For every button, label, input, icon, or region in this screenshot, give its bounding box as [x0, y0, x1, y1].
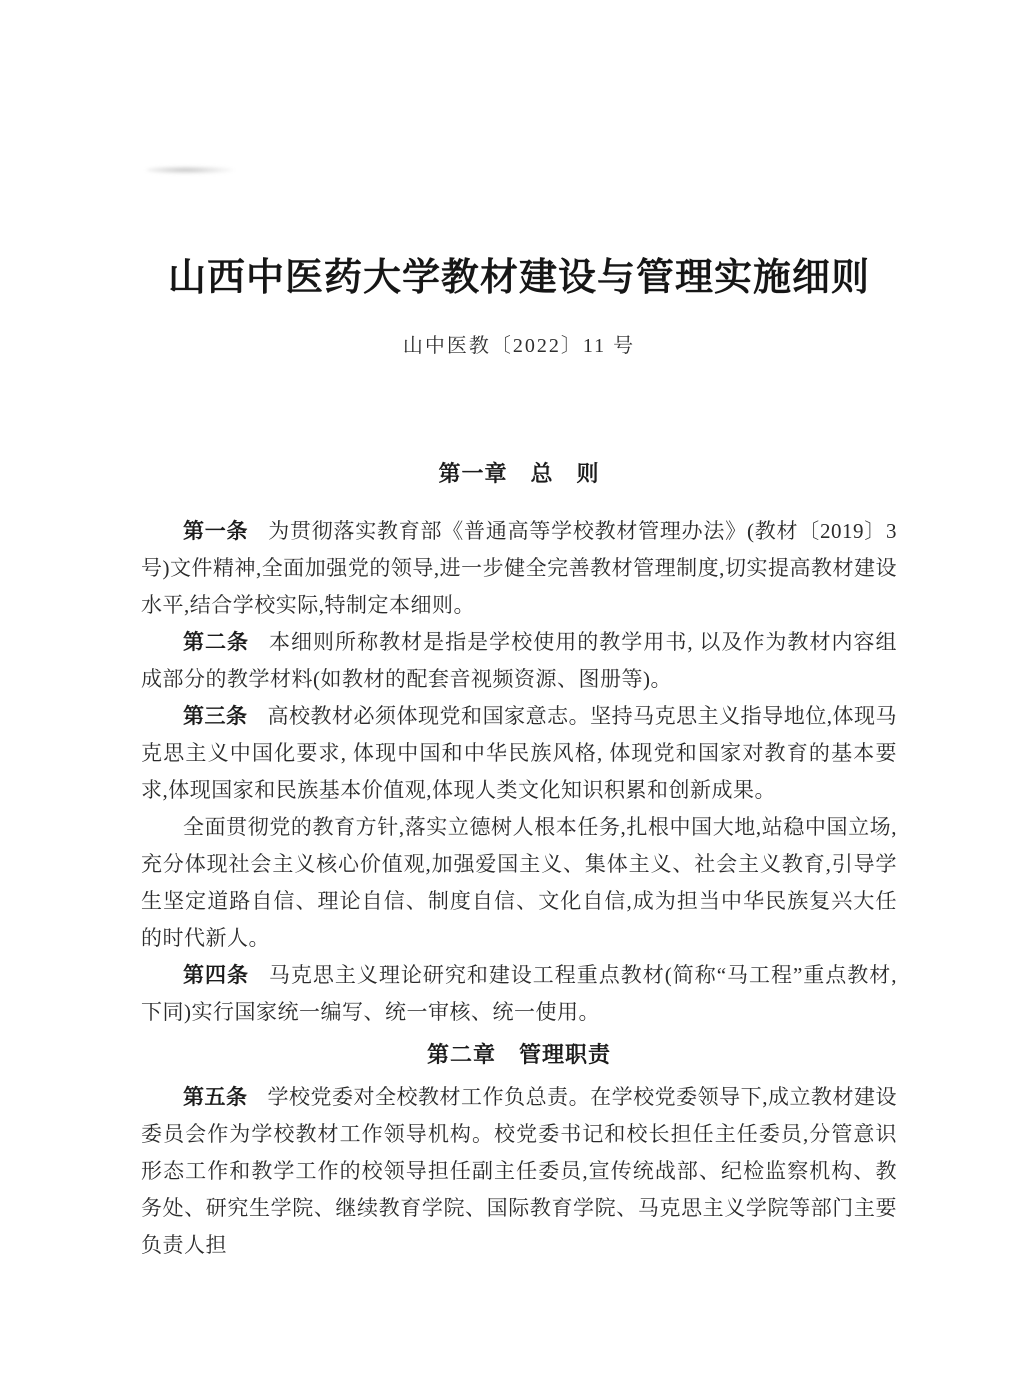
- article-3-continuation-paragraph: 全面贯彻党的教育方针,落实立德树人根本任务,扎根中国大地,站稳中国立场,充分体现…: [141, 809, 897, 957]
- article-2-paragraph: 第二条本细则所称教材是指是学校使用的教学用书, 以及作为教材内容组成部分的教学材…: [141, 624, 897, 698]
- article-5-label: 第五条: [183, 1086, 248, 1109]
- document-title: 山西中医药大学教材建设与管理实施细则: [141, 253, 897, 303]
- article-3-paragraph: 第三条高校教材必须体现党和国家意志。坚持马克思主义指导地位,体现马克思主义中国化…: [141, 698, 897, 809]
- article-1-label: 第一条: [183, 520, 248, 543]
- chapter-2-heading: 第二章 管理职责: [141, 1040, 897, 1070]
- document-content: 山西中医药大学教材建设与管理实施细则 山中医教〔2022〕11 号 第一章 总 …: [141, 0, 897, 1264]
- scanned-document-page: 山西中医药大学教材建设与管理实施细则 山中医教〔2022〕11 号 第一章 总 …: [0, 0, 1024, 1379]
- article-4-text: 马克思主义理论研究和建设工程重点教材(简称“马工程”重点教材, 下同)实行国家统…: [141, 963, 897, 1024]
- chapter-1-body: 第一条为贯彻落实教育部《普通高等学校教材管理办法》(教材〔2019〕3 号)文件…: [141, 513, 897, 1031]
- article-4-label: 第四条: [183, 964, 249, 987]
- article-3-continuation-text: 全面贯彻党的教育方针,落实立德树人根本任务,扎根中国大地,站稳中国立场,充分体现…: [141, 815, 897, 950]
- chapter-1-heading: 第一章 总 则: [141, 459, 897, 489]
- article-1-paragraph: 第一条为贯彻落实教育部《普通高等学校教材管理办法》(教材〔2019〕3 号)文件…: [141, 513, 897, 624]
- article-5-paragraph: 第五条学校党委对全校教材工作负总责。在学校党委领导下,成立教材建设委员会作为学校…: [141, 1079, 897, 1264]
- article-4-paragraph: 第四条马克思主义理论研究和建设工程重点教材(简称“马工程”重点教材, 下同)实行…: [141, 957, 897, 1031]
- chapter-2-body: 第五条学校党委对全校教材工作负总责。在学校党委领导下,成立教材建设委员会作为学校…: [141, 1079, 897, 1264]
- article-2-text: 本细则所称教材是指是学校使用的教学用书, 以及作为教材内容组成部分的教学材料(如…: [141, 630, 897, 691]
- article-3-text: 高校教材必须体现党和国家意志。坚持马克思主义指导地位,体现马克思主义中国化要求,…: [141, 704, 897, 802]
- article-3-label: 第三条: [183, 705, 248, 728]
- article-1-text: 为贯彻落实教育部《普通高等学校教材管理办法》(教材〔2019〕3 号)文件精神,…: [141, 519, 897, 617]
- document-number: 山中医教〔2022〕11 号: [141, 333, 897, 359]
- article-2-label: 第二条: [183, 631, 249, 654]
- article-5-text: 学校党委对全校教材工作负总责。在学校党委领导下,成立教材建设委员会作为学校教材工…: [141, 1085, 897, 1257]
